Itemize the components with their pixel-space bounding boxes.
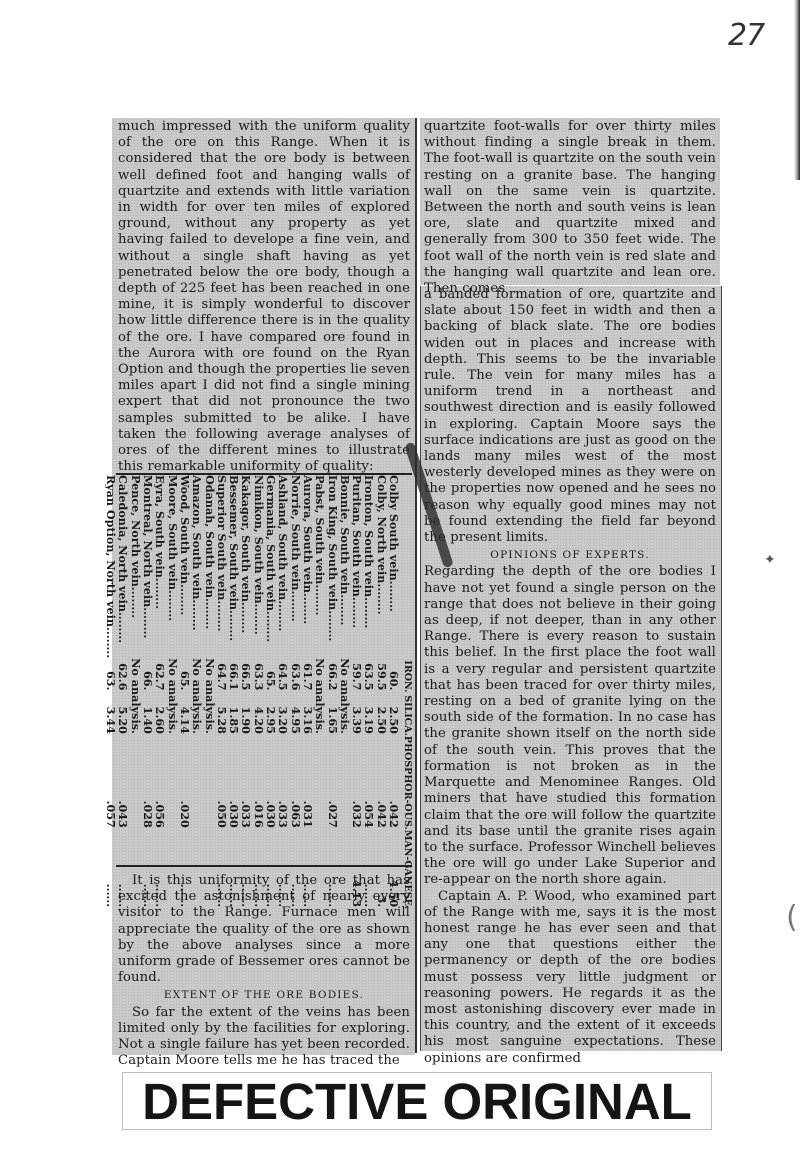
cell-mine: Ashland, South vein........: [277, 475, 289, 658]
cell-phosphorus: .057: [105, 736, 117, 830]
cell-iron: 63.: [105, 658, 117, 692]
cell-mine: Eyra, South vein........: [154, 475, 166, 658]
cell-iron: 59.5: [375, 658, 387, 692]
cell-silica: 3.20: [277, 692, 289, 736]
table-row: Pence, North vein........No analysis.: [129, 475, 141, 909]
cell-silica: 4.20: [252, 692, 264, 736]
cell-iron: 63.3: [252, 658, 264, 692]
cell-silica: 1.65: [326, 692, 338, 736]
cell-phosphorus: .027: [326, 736, 338, 830]
heading-opinions: OPINIONS OF EXPERTS.: [424, 547, 716, 563]
banded-formation-paragraph: a banded formation of ore, quartzite and…: [424, 287, 716, 546]
cell-silica: 2.50: [375, 692, 387, 736]
cell-iron: 65.: [265, 658, 277, 692]
cell-phosphorus: .042: [375, 736, 387, 830]
cell-mine: Superior South vein........: [216, 475, 228, 658]
cell-silica: 4.14: [179, 692, 191, 736]
table-row: Odanah, South vein........No analysis.: [203, 475, 215, 909]
cell-phosphorus: .030: [265, 736, 277, 830]
cell-mine: Germania, South vein........: [265, 475, 277, 658]
cell-silica: 5.20: [117, 692, 129, 736]
cell-iron: 63.5: [363, 658, 375, 692]
cell-mine: Moore, South vein........: [166, 475, 178, 658]
rotated-table-body: IRON. SILICA. PHOSPHOR-OUS. MAN-GANESE. …: [116, 475, 412, 865]
table-row: Kakagor, South vein........66.51.90.033.…: [240, 475, 252, 909]
cell-mine: Colby, North vein........: [375, 475, 387, 658]
table-row: Caledonia, North vein........62.65.20.04…: [117, 475, 129, 909]
cell-iron: 61.7: [302, 658, 314, 692]
table-row: Bessemer, South vein........66.11.85.030…: [228, 475, 240, 909]
table-row: Norrie, South vein........63.64.95.063..…: [289, 475, 301, 909]
cell-iron: No analysis.: [339, 658, 351, 736]
cell-iron: 65.: [179, 658, 191, 692]
cell-iron: 66.1: [228, 658, 240, 692]
cell-iron: 64.7: [216, 658, 228, 692]
cell-iron: 62.7: [154, 658, 166, 692]
foot-walls-paragraph: quartzite foot-walls for over thirty mil…: [424, 119, 716, 297]
cell-phosphorus: [314, 736, 326, 830]
right-column-top: quartzite foot-walls for over thirty mil…: [424, 119, 716, 297]
cell-mine: Bessemer, South vein........: [228, 475, 240, 658]
cell-iron: No analysis.: [166, 658, 178, 736]
table-row: Ryan Option, North vein........63.3.44.0…: [105, 475, 117, 909]
cell-iron: 66.2: [326, 658, 338, 692]
table-row: Ironton, South vein........63.53.19.054.…: [363, 475, 375, 909]
scan-speck: ✦: [764, 552, 776, 568]
cell-phosphorus: .032: [351, 736, 363, 830]
table-row: Germania, South vein........65.2.95.030.…: [265, 475, 277, 909]
cell-phosphorus: .054: [363, 736, 375, 830]
wood-paragraph: Captain A. P. Wood, who examined part of…: [424, 889, 716, 1067]
cell-iron: No analysis.: [314, 658, 326, 736]
cell-phosphorus: .033: [277, 736, 289, 830]
ore-analysis-table: IRON. SILICA. PHOSPHOR-OUS. MAN-GANESE. …: [116, 473, 412, 867]
cell-silica: 3.39: [351, 692, 363, 736]
table-row: Bonnie, South vein........No analysis.: [339, 475, 351, 909]
cell-mine: Aurora, South vein........: [302, 475, 314, 658]
cell-iron: 66.: [142, 658, 154, 692]
cell-phosphorus: .063: [289, 736, 301, 830]
cell-iron: 63.6: [289, 658, 301, 692]
cell-iron: 64.5: [277, 658, 289, 692]
analysis-table: IRON. SILICA. PHOSPHOR-OUS. MAN-GANESE. …: [105, 475, 412, 909]
scan-edge-mark: (: [786, 900, 798, 935]
cell-mine: Ironton, South vein........: [363, 475, 375, 658]
table-row: Iron King, South vein........66.21.65.02…: [326, 475, 338, 909]
cell-iron: 60.: [388, 658, 400, 692]
cell-silica: 5.28: [216, 692, 228, 736]
cell-phosphorus: .020: [179, 736, 191, 830]
header-mine: [400, 475, 412, 658]
table-row: Aurora, South vein........61.73.16.031..…: [302, 475, 314, 909]
cell-mine: Caledonia, North vein........: [117, 475, 129, 658]
uniformity-paragraph: It is this uniformity of the ore that ha…: [118, 873, 410, 986]
cell-silica: 2.50: [388, 692, 400, 736]
table-row: Puritan, South vein........59.73.39.0324…: [351, 475, 363, 909]
table-row: Pabst, South vein........No analysis.: [314, 475, 326, 909]
cell-silica: 3.44: [105, 692, 117, 736]
table-header-row: IRON. SILICA. PHOSPHOR-OUS. MAN-GANESE.: [400, 475, 412, 909]
cell-phosphorus: [129, 736, 141, 830]
table-row: Nimikon, South vein........63.34.20.016.…: [252, 475, 264, 909]
cell-mine: Amazon, South vein........: [191, 475, 203, 658]
cell-phosphorus: [339, 736, 351, 830]
cell-phosphorus: .016: [252, 736, 264, 830]
cell-silica: 1.90: [240, 692, 252, 736]
header-iron: IRON.: [400, 658, 412, 692]
handwritten-page-number: 27: [728, 18, 764, 53]
cell-silica: 2.95: [265, 692, 277, 736]
scan-edge-shadow: [794, 0, 800, 180]
cell-mine: Bonnie, South vein........: [339, 475, 351, 658]
cell-mine: Montreal, North vein........: [142, 475, 154, 658]
table-row: Amazon, South vein........No analysis.: [191, 475, 203, 909]
table-row: Montreal, North vein........66.1.40.028.…: [142, 475, 154, 909]
cell-mine: Nimikon, South vein........: [252, 475, 264, 658]
table-row: Wood, South vein........65.4.14.020.....…: [179, 475, 191, 909]
table-row: Colby South vein........60.2.50.0424.50: [388, 475, 400, 909]
cell-silica: 3.19: [363, 692, 375, 736]
cell-silica: 1.40: [142, 692, 154, 736]
table-row: Eyra, South vein........62.72.60.056....…: [154, 475, 166, 909]
opinions-paragraph: Regarding the depth of the ore bodies I …: [424, 564, 716, 888]
header-silica: SILICA.: [400, 692, 412, 736]
cell-iron: No analysis.: [129, 658, 141, 736]
cell-mine: Pabst, South vein........: [314, 475, 326, 658]
cell-mine: Odanah, South vein........: [203, 475, 215, 658]
table-row: Superior South vein........64.75.28.050.…: [216, 475, 228, 909]
cell-mine: Colby South vein........: [388, 475, 400, 658]
cell-silica: 1.85: [228, 692, 240, 736]
cell-silica: 2.60: [154, 692, 166, 736]
right-column-bottom: a banded formation of ore, quartzite and…: [424, 287, 716, 1067]
cell-phosphorus: .042: [388, 736, 400, 830]
extent-paragraph: So far the extent of the veins has been …: [118, 1005, 410, 1070]
cell-phosphorus: [203, 736, 215, 830]
cell-iron: 66.5: [240, 658, 252, 692]
cell-phosphorus: [191, 736, 203, 830]
cell-phosphorus: .031: [302, 736, 314, 830]
cell-manganese: ......: [105, 830, 117, 909]
cell-phosphorus: .030: [228, 736, 240, 830]
left-column-intro: much impressed with the uniform quality …: [118, 119, 410, 475]
cell-iron: 62.6: [117, 658, 129, 692]
cell-phosphorus: [166, 736, 178, 830]
left-column-conclusion: It is this uniformity of the ore that ha…: [118, 873, 410, 1069]
cell-iron: 59.7: [351, 658, 363, 692]
table-body: Colby South vein........60.2.50.0424.50C…: [105, 475, 400, 909]
table-row: Ashland, South vein........64.53.20.033.…: [277, 475, 289, 909]
heading-extent: EXTENT OF THE ORE BODIES.: [118, 987, 410, 1003]
cell-mine: Norrie, South vein........: [289, 475, 301, 658]
cell-mine: Puritan, South vein........: [351, 475, 363, 658]
intro-paragraph: much impressed with the uniform quality …: [118, 119, 410, 475]
cell-phosphorus: .033: [240, 736, 252, 830]
cell-iron: No analysis.: [203, 658, 215, 736]
cell-phosphorus: .028: [142, 736, 154, 830]
table-row: Moore, South vein........No analysis.: [166, 475, 178, 909]
cell-mine: Kakagor, South vein........: [240, 475, 252, 658]
cell-phosphorus: .056: [154, 736, 166, 830]
column-rule: [415, 118, 417, 1053]
cell-mine: Iron King, South vein........: [326, 475, 338, 658]
cell-mine: Pence, North vein........: [129, 475, 141, 658]
cell-phosphorus: .050: [216, 736, 228, 830]
cell-mine: Ryan Option, North vein........: [105, 475, 117, 658]
cell-phosphorus: .043: [117, 736, 129, 830]
header-phosphorus: PHOSPHOR-OUS.: [400, 736, 412, 830]
cell-iron: No analysis.: [191, 658, 203, 736]
cell-silica: 3.16: [302, 692, 314, 736]
table-row: Colby, North vein........59.52.50.0423.: [375, 475, 387, 909]
cell-silica: 4.95: [289, 692, 301, 736]
defective-original-stamp: DEFECTIVE ORIGINAL: [122, 1072, 712, 1130]
cell-mine: Wood, South vein........: [179, 475, 191, 658]
